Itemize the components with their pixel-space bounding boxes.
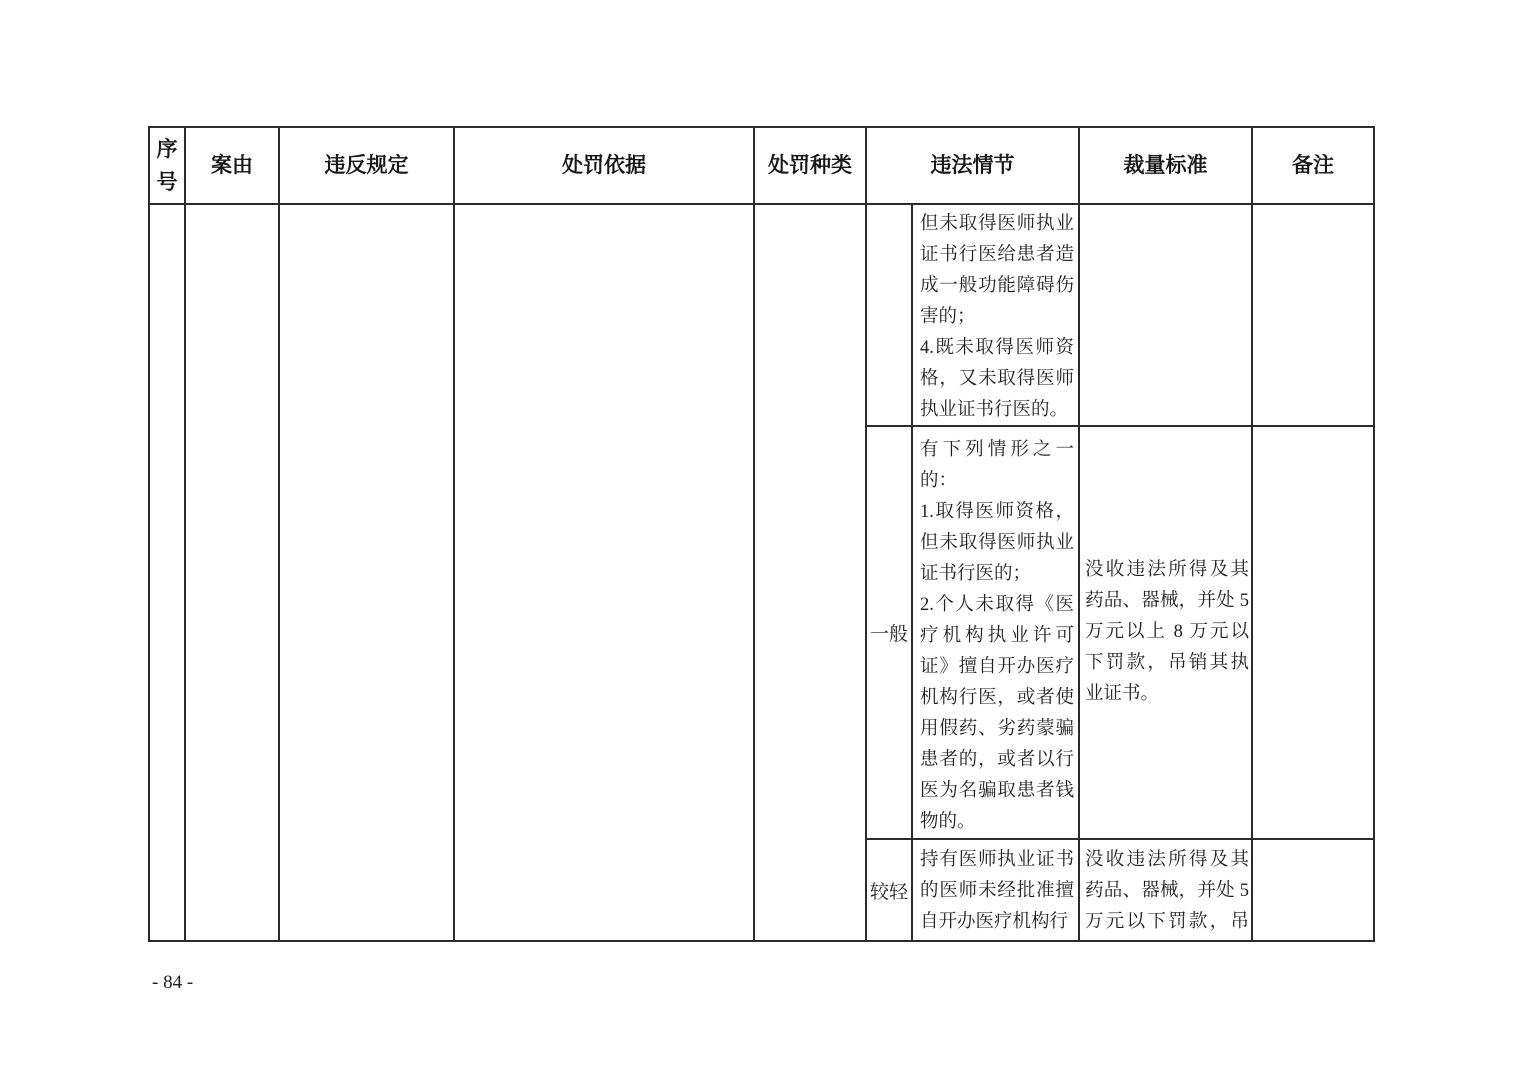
cell-note-2-empty — [1252, 426, 1374, 839]
col-header-case: 案由 — [185, 127, 279, 204]
circumstance-paragraph: 但未取得医师执业证书行医给患者造成一般功能障碍伤害的； — [920, 209, 1074, 333]
col-header-circumstances: 违法情节 — [866, 127, 1079, 204]
cell-severity-2: 一般 — [866, 426, 912, 839]
cell-seq-empty — [149, 204, 185, 941]
circumstances-text-3: 持有医师执业证书的医师未经批准擅自开办医疗机构行 — [913, 840, 1078, 938]
cell-note-3-empty — [1252, 839, 1374, 941]
cell-case-empty — [185, 204, 279, 941]
col-header-discretion-standard: 裁量标准 — [1079, 127, 1252, 204]
circumstances-text-1: 但未取得医师执业证书行医给患者造成一般功能障碍伤害的； 4.既未取得医师资格，又… — [913, 205, 1078, 423]
cell-severity-1-empty — [866, 204, 912, 426]
col-header-penalty-basis: 处罚依据 — [454, 127, 754, 204]
standard-text-2: 没收违法所得及其药品、器械，并处 5 万元以上 8 万元以下罚款，吊销其执业证书… — [1080, 555, 1251, 710]
page-number: - 84 - — [152, 970, 193, 996]
circumstance-paragraph: 2.个人未取得《医疗机构执业许可证》擅自开办医疗机构行医，或者使用假药、劣药蒙骗… — [920, 590, 1074, 836]
standard-paragraph: 没收违法所得及其药品、器械，并处 5 万元以下罚款，吊销 — [1085, 845, 1249, 938]
cell-circumstances-1: 但未取得医师执业证书行医给患者造成一般功能障碍伤害的； 4.既未取得医师资格，又… — [912, 204, 1079, 426]
penalty-discretion-table: 序号 案由 违反规定 处罚依据 处罚种类 违法情节 裁量标准 备注 但未取得医师… — [148, 126, 1375, 942]
cell-violated-rule-empty — [279, 204, 454, 941]
cell-penalty-type-empty — [754, 204, 866, 941]
circumstance-paragraph: 1.取得医师资格，但未取得医师执业证书行医的； — [920, 497, 1074, 590]
col-header-seq: 序号 — [149, 127, 185, 204]
table-row: 但未取得医师执业证书行医给患者造成一般功能障碍伤害的； 4.既未取得医师资格，又… — [149, 204, 1374, 426]
cell-standard-1-empty — [1079, 204, 1252, 426]
cell-note-1-empty — [1252, 204, 1374, 426]
document-page: 序号 案由 违反规定 处罚依据 处罚种类 违法情节 裁量标准 备注 但未取得医师… — [0, 0, 1520, 1074]
col-header-violated-rule: 违反规定 — [279, 127, 454, 204]
cell-standard-2: 没收违法所得及其药品、器械，并处 5 万元以上 8 万元以下罚款，吊销其执业证书… — [1079, 426, 1252, 839]
col-header-note: 备注 — [1252, 127, 1374, 204]
circumstances-text-2: 有下列情形之一的： 1.取得医师资格，但未取得医师执业证书行医的； 2.个人未取… — [913, 427, 1078, 836]
cell-circumstances-3: 持有医师执业证书的医师未经批准擅自开办医疗机构行 — [912, 839, 1079, 941]
circumstance-paragraph: 持有医师执业证书的医师未经批准擅自开办医疗机构行 — [920, 845, 1074, 938]
standard-paragraph: 没收违法所得及其药品、器械，并处 5 万元以上 8 万元以下罚款，吊销其执业证书… — [1085, 555, 1249, 710]
col-header-penalty-type: 处罚种类 — [754, 127, 866, 204]
cell-standard-3: 没收违法所得及其药品、器械，并处 5 万元以下罚款，吊销 — [1079, 839, 1252, 941]
circumstance-paragraph: 有下列情形之一的： — [920, 435, 1074, 497]
cell-severity-3: 较轻 — [866, 839, 912, 941]
cell-penalty-basis-empty — [454, 204, 754, 941]
standard-text-3: 没收违法所得及其药品、器械，并处 5 万元以下罚款，吊销 — [1080, 840, 1251, 938]
circumstance-paragraph: 4.既未取得医师资格，又未取得医师执业证书行医的。 — [920, 333, 1074, 423]
cell-circumstances-2: 有下列情形之一的： 1.取得医师资格，但未取得医师执业证书行医的； 2.个人未取… — [912, 426, 1079, 839]
header-row: 序号 案由 违反规定 处罚依据 处罚种类 违法情节 裁量标准 备注 — [149, 127, 1374, 204]
